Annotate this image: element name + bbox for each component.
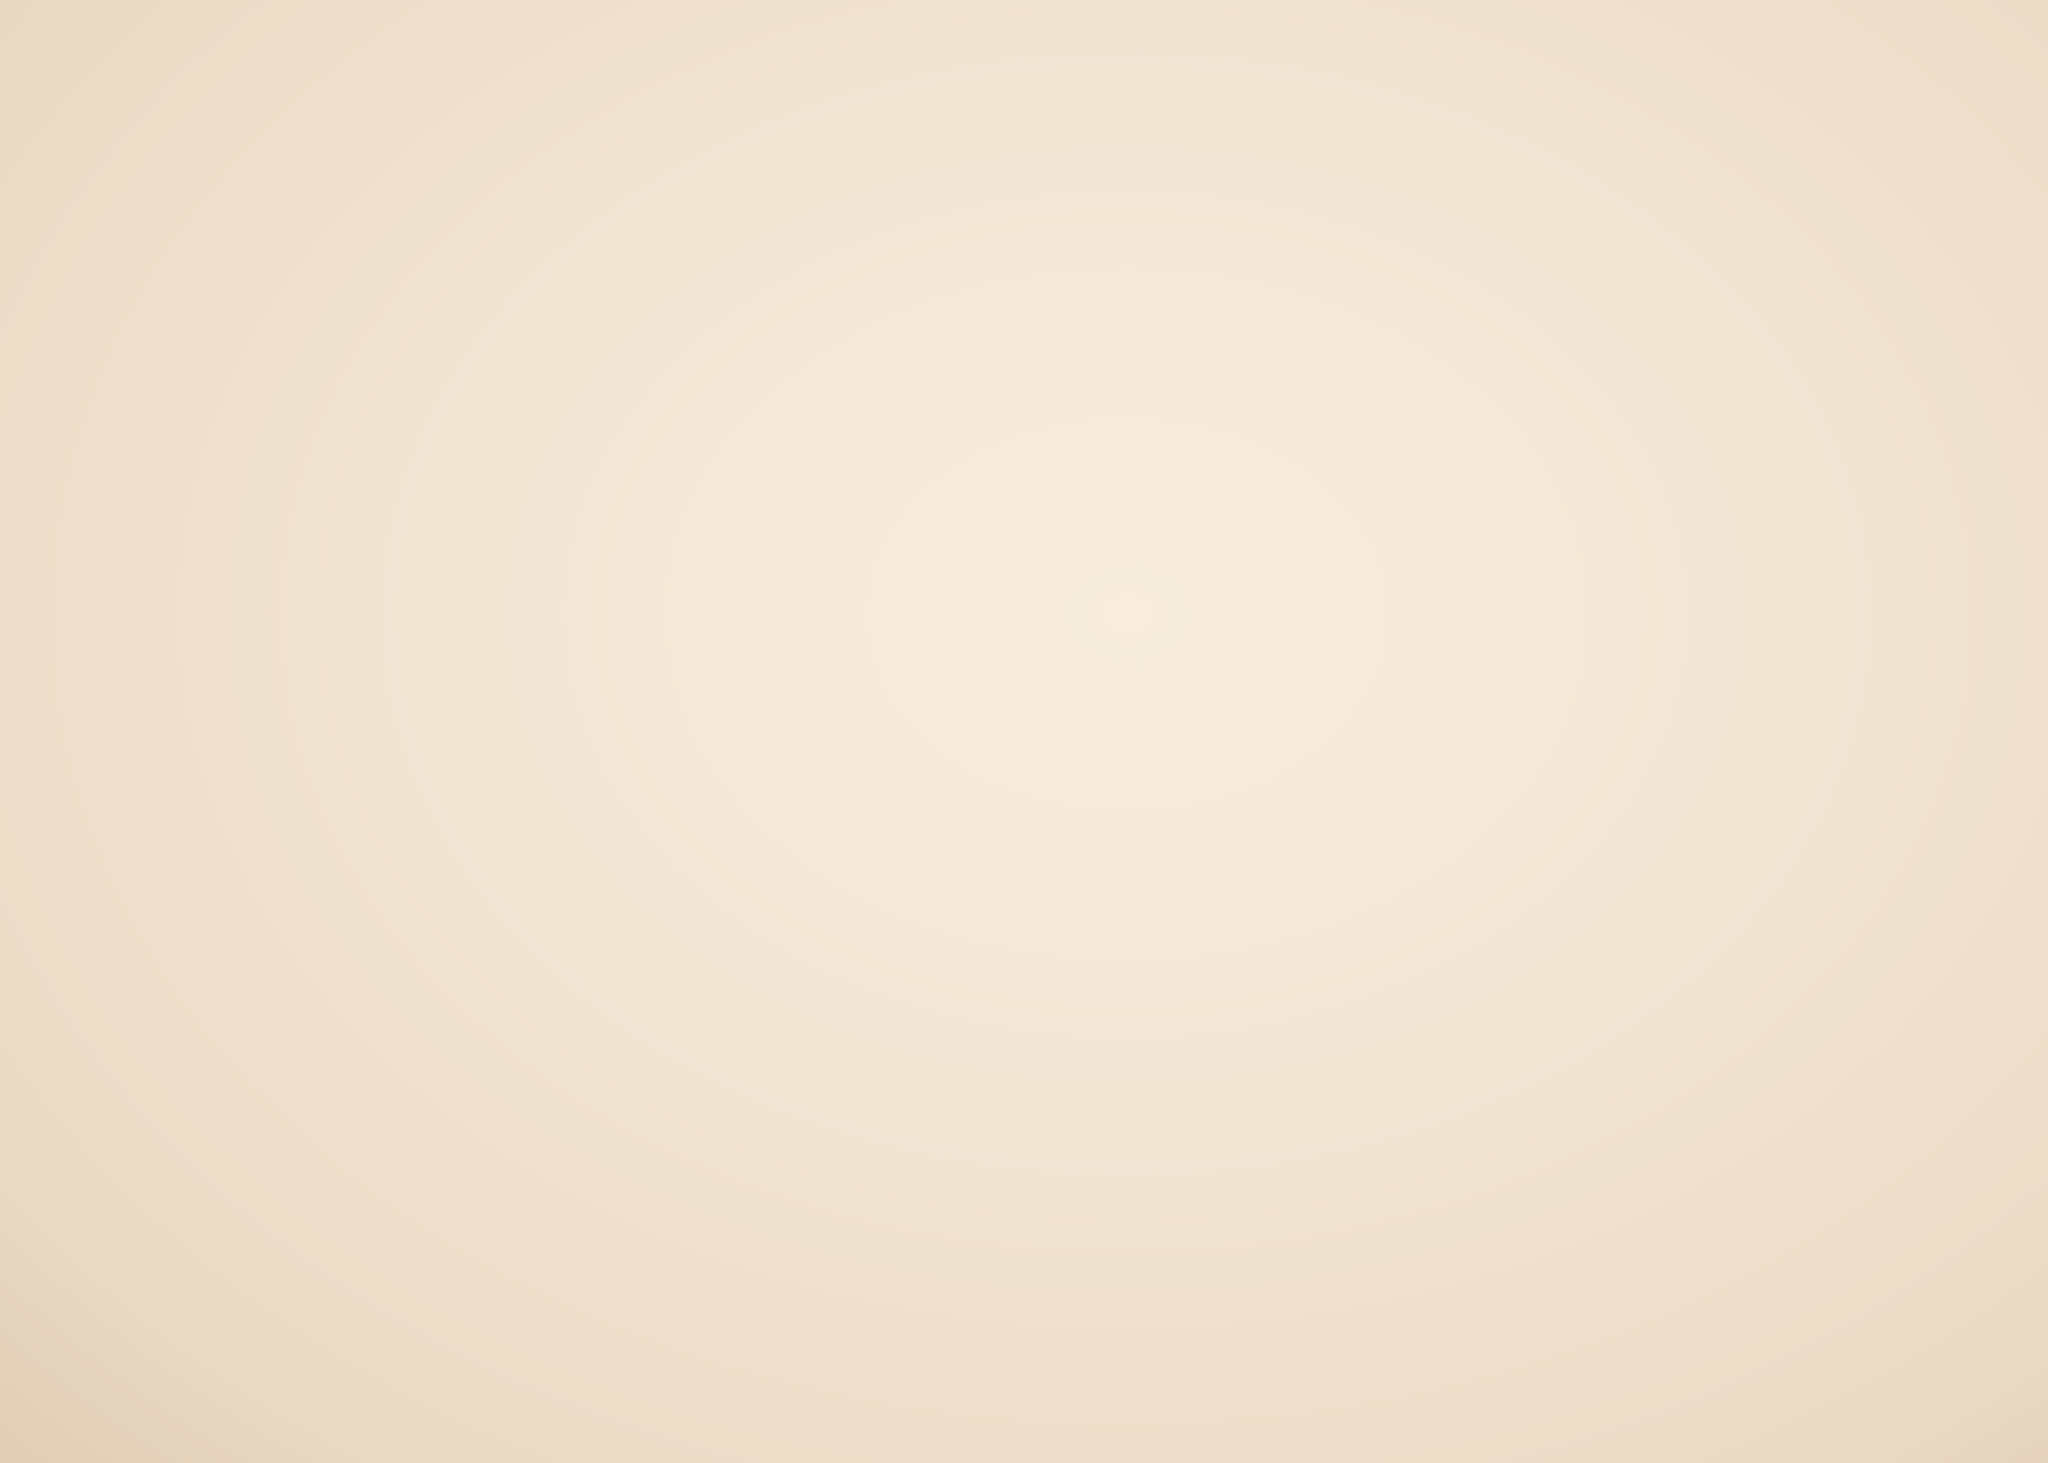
scanned-plat-photo <box>0 0 2048 1463</box>
plat-map-drawing <box>0 0 2048 1463</box>
